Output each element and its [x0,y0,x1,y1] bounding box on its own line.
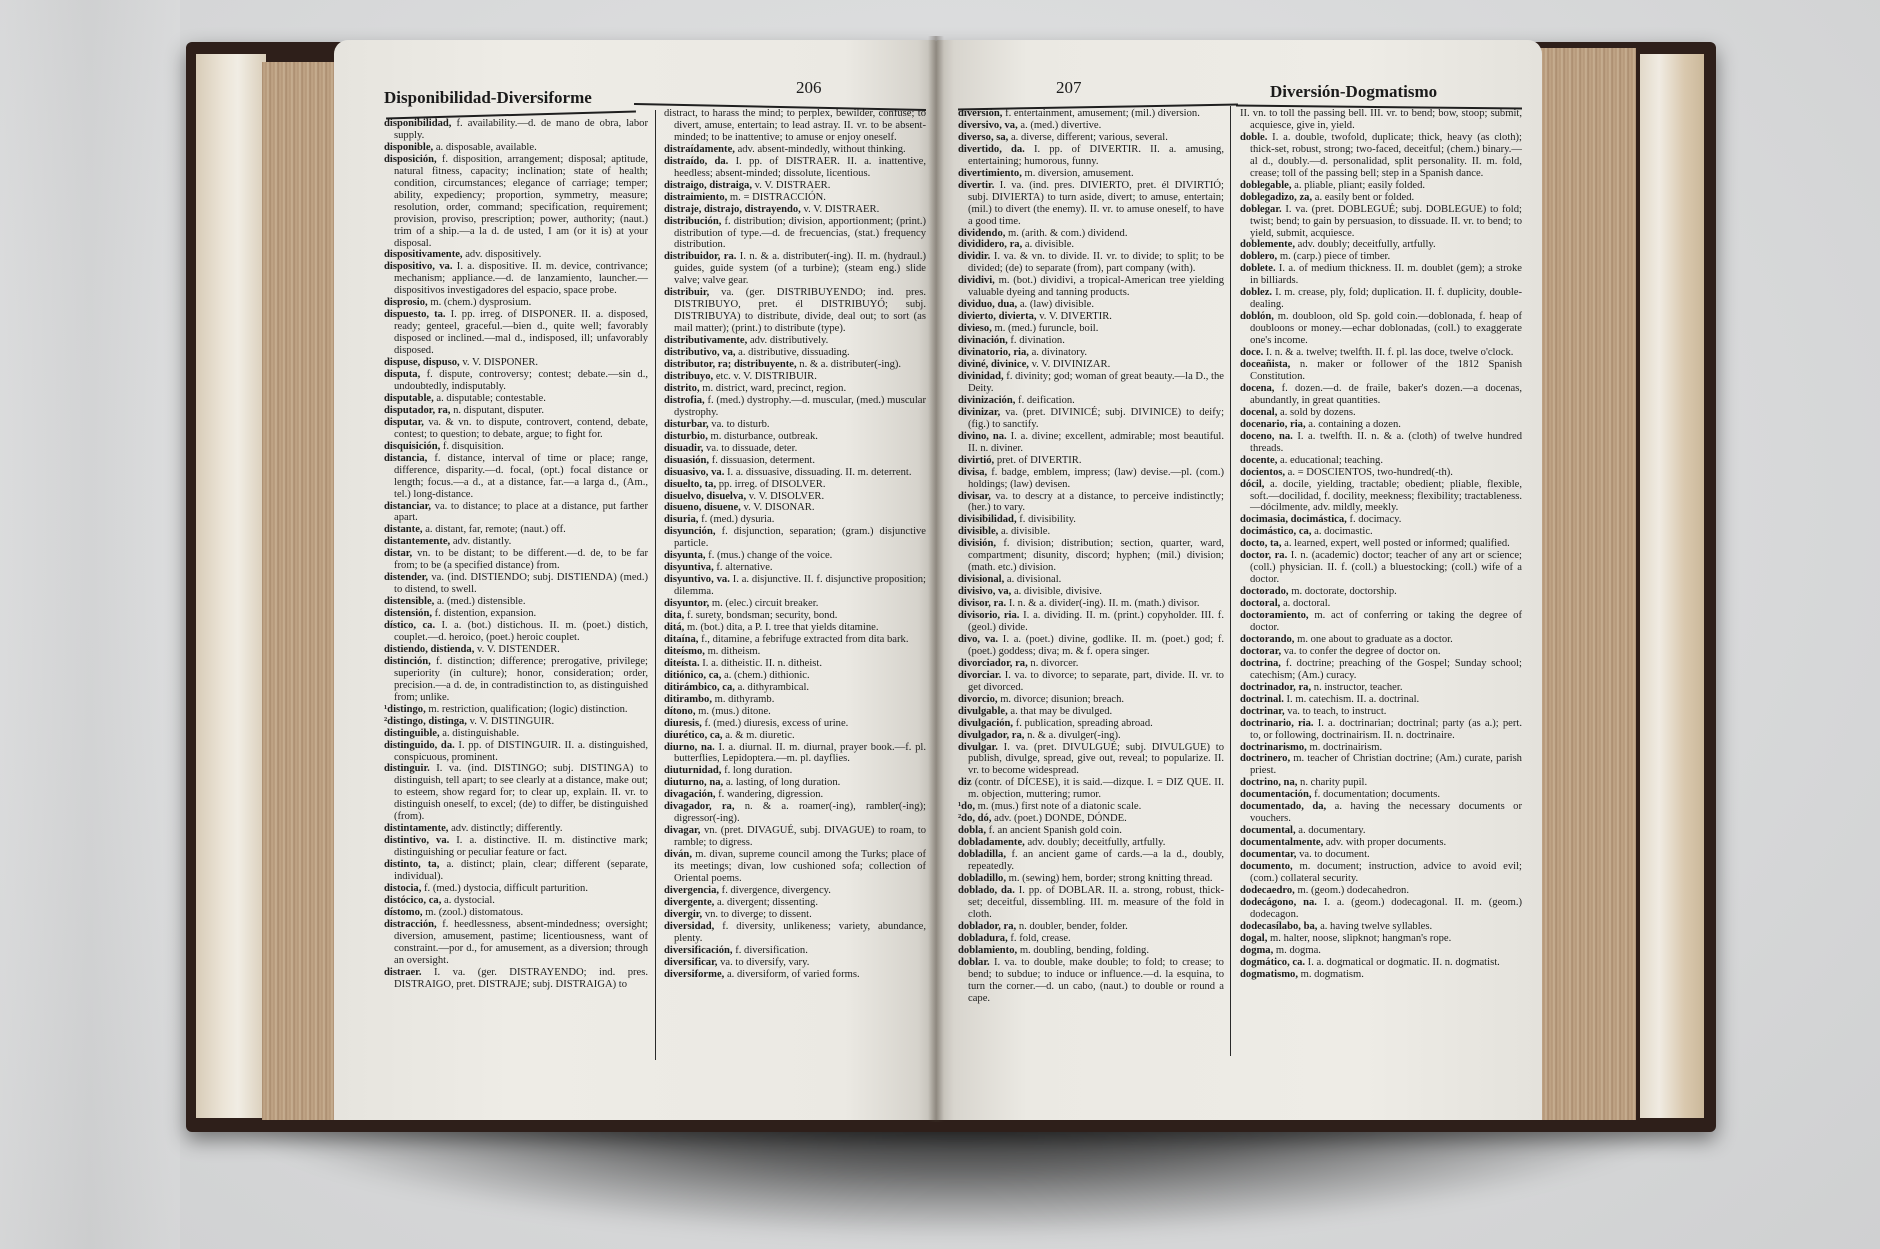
headword: documentado, da, [1240,801,1335,812]
definition: m. (elec.) circuit breaker. [712,598,818,609]
headword: divinatorio, ria, [958,347,1032,358]
definition: a. documentary. [1298,825,1365,836]
headword: docenario, ria, [1240,419,1308,430]
dictionary-entry: divulgable, a. that may be divulged. [958,706,1224,718]
dictionary-entry: distinguido, da. I. pp. of DISTINGUIR. I… [384,740,648,764]
headword: divorciar. [958,670,1005,681]
dictionary-entry: distintamente, adv. distinctly; differen… [384,823,648,835]
definition: I. a. double, twofold, duplicate; thick,… [1250,132,1522,179]
dictionary-entry: diván, m. divan, supreme council among t… [664,849,926,885]
definition: f. docimacy. [1349,514,1401,525]
dictionary-entry: dodecaedro, m. (geom.) dodecahedron. [1240,885,1522,897]
definition: a. sold by dozens. [1280,407,1356,418]
headword: diuturnidad, [664,765,724,776]
definition: I. n. & a. twelve; twelfth. II. f. pl. l… [1266,347,1514,358]
headword: diurético, ca, [664,730,725,741]
definition: adv. (poet.) DONDE, DÓNDE. [994,813,1127,824]
dictionary-entry: dítono, m. (mus.) ditone. [664,706,926,718]
dictionary-entry: divulgador, ra, n. & a. divulger(-ing). [958,730,1224,742]
headword: distensible, [384,596,437,607]
headword: disyuntivo, va. [664,574,733,585]
dictionary-entry: doctrinario, ria. I. a. doctrinarian; do… [1240,718,1522,742]
headword: distócico, ca, [384,895,444,906]
dictionary-entry: distract, to harass the mind; to perplex… [664,108,926,144]
dictionary-entry: diurético, ca, a. & m. diuretic. [664,730,926,742]
definition: m. restriction, qualification; (logic) d… [428,704,627,715]
dictionary-entry: doctrinar, va. to teach, to instruct. [1240,706,1522,718]
headword: divino, na. [958,431,1011,442]
definition: a. distant, far, remote; (naut.) off. [425,524,566,535]
headword: distributivo, va, [664,347,738,358]
definition: I. va. (pret. DIVULGUÉ; subj. DIVULGUE) … [968,742,1224,777]
definition: m. (mus.) first note of a diatonic scale… [978,801,1142,812]
dictionary-entry: disyunta, f. (mus.) change of the voice. [664,550,926,562]
right-endpaper [1640,54,1704,1118]
headword: ¹distingo, [384,704,428,715]
headword: ²do, dó, [958,813,994,824]
dictionary-entry: documentalmente, adv. with proper docume… [1240,837,1522,849]
definition: adv. doubly; deceitfully, artfully. [1027,837,1165,848]
dictionary-entry: disturbar, va. to disturb. [664,419,926,431]
headword: distribuidor, ra. [664,251,740,262]
headword: docena, [1240,383,1282,394]
headword: documentación, [1240,789,1314,800]
dictionary-entry: docto, ta, a. learned, expert, well post… [1240,538,1522,550]
headword: divisor, ra. [958,598,1009,609]
headword: doblegable, [1240,180,1294,191]
dictionary-entry: doblez. I. m. crease, ply, fold; duplica… [1240,287,1522,311]
headword: doblero, [1240,251,1280,262]
definition: va. (ind. DISTIENDO; subj. DISTIENDA) (m… [394,572,648,595]
definition: f. (med.) dystrophy.—d. muscular, (med.)… [674,395,926,418]
dictionary-entry: distocia, f. (med.) dystocia, difficult … [384,883,648,895]
headword: dístomo, [384,907,425,918]
headword: diversificación, [664,945,735,956]
definition: vn. to diverge; to dissent. [705,909,812,920]
definition: vn. to be distant; to be different.—d. d… [394,548,648,571]
definition: a. dithyrambical. [738,682,809,693]
dictionary-entry: doceañista, n. maker or follower of the … [1240,359,1522,383]
headword: dócil, [1240,479,1270,490]
headword: doce. [1240,347,1266,358]
dictionary-entry: divierto, divierta, v. V. DIVERTIR. [958,311,1224,323]
headword: divergir, [664,909,705,920]
dictionary-entry: diteísta. I. a. ditheistic. II. n. dithe… [664,658,926,670]
dictionary-entry: docente, a. educational; teaching. [1240,455,1522,467]
headword: ¹do, [958,801,978,812]
headword: distinguido, da. [384,740,458,751]
dictionary-entry: ditirámbico, ca, a. dithyrambical. [664,682,926,694]
dictionary-entry: distrito, m. district, ward, precinct, r… [664,383,926,395]
headword: doctorado, [1240,586,1291,597]
definition: m. dogmatism. [1301,969,1364,980]
definition: (contr. of DÍCESE), it is said.—dizque. … [968,777,1224,800]
headword: dogmatismo, [1240,969,1301,980]
definition: m. (zool.) distomatous. [425,907,523,918]
left-running-head: Disponibilidad-Diversiforme [384,88,592,108]
dictionary-entry: divisible, a. divisible. [958,526,1224,538]
column-divider [1230,106,1231,1056]
dictionary-entry: dogal, m. halter, noose, slipknot; hangm… [1240,933,1522,945]
headword: divulgador, ra, [958,730,1027,741]
definition: a. (chem.) dithionic. [724,670,810,681]
dictionary-entry: doblegable, a. pliable, pliant; easily f… [1240,180,1522,192]
dictionary-entry: ¹do, m. (mus.) first note of a diatonic … [958,801,1224,813]
definition: a. (med.) divertive. [1020,120,1101,131]
dictionary-entry: disuadir, va. to dissuade, deter. [664,443,926,455]
dictionary-entry: diverso, sa, a. diverse, different; vari… [958,132,1224,144]
headword: doctor, ra. [1240,550,1291,561]
dictionary-entry: diz (contr. of DÍCESE), it is said.—dizq… [958,777,1224,801]
dictionary-entry: disuasión, f. dissuasion, determent. [664,455,926,467]
dictionary-entry: divididero, ra, a. divisible. [958,239,1224,251]
headword: distender, [384,572,431,583]
dictionary-entry: distócico, ca, a. dystocial. [384,895,648,907]
headword: ditirámbico, ca, [664,682,738,693]
headword: distraimiento, [664,192,730,203]
headword: distraigo, distraiga, [664,180,755,191]
headword: divorciador, ra, [958,658,1030,669]
headword: dogal, [1240,933,1270,944]
headword: distrofia, [664,395,707,406]
dictionary-entry: diversión, f. entertainment, amusement; … [958,108,1224,120]
definition: v. V. DISOLVER. [749,491,824,502]
definition: n. & a. distributer(-ing). [799,359,901,370]
headword: distribución, [664,216,724,227]
headword: diurno, na. [664,742,718,753]
dictionary-entry: divagación, f. wandering, digression. [664,789,926,801]
headword: doctoral, [1240,598,1283,609]
headword: documento, [1240,861,1299,872]
dictionary-entry: dividendo, m. (arith. & com.) dividend. [958,228,1224,240]
dictionary-entry: doctoramiento, m. act of conferring or t… [1240,610,1522,634]
dictionary-entry: distintivo, va. I. a. distinctive. II. m… [384,835,648,859]
dictionary-entry: ²do, dó, adv. (poet.) DONDE, DÓNDE. [958,813,1224,825]
headword: dodecasílabo, ba, [1240,921,1320,932]
headword: doctrinar, [1240,706,1287,717]
headword: divierto, divierta, [958,311,1039,322]
dictionary-entry: docenario, ria, a. containing a dozen. [1240,419,1522,431]
definition: f. (mus.) change of the voice. [708,550,832,561]
dictionary-entry: distar, vn. to be distant; to be differe… [384,548,648,572]
dictionary-entry: doctorado, m. doctorate, doctorship. [1240,586,1522,598]
headword: divo, va. [958,634,1003,645]
dictionary-entry: disponible, a. disposable, available. [384,142,648,154]
dictionary-entry: divisa, f. badge, emblem, impress; (law)… [958,467,1224,491]
definition: I. va. (ind. pres. DIVIERTO, pret. él DI… [968,180,1224,227]
dictionary-entry: doctrina, f. doctrine; preaching of the … [1240,658,1522,682]
headword: dividivi, [958,275,999,286]
headword: ditaína, [664,634,701,645]
headword: distracción, [384,919,442,930]
dictionary-entry: dispuse, dispuso, v. V. DISPONER. [384,357,648,369]
definition: va. to disturb. [711,419,769,430]
definition: f. doctrine; preaching of the Gospel; Su… [1250,658,1522,681]
headword: doblegar. [1240,204,1285,215]
dictionary-entry: II. vn. to toll the passing bell. III. v… [1240,108,1522,132]
dictionary-entry: doctorar, va. to confer the degree of do… [1240,646,1522,658]
dictionary-entry: distinto, ta, a. distinct; plain, clear;… [384,859,648,883]
dictionary-entry: distraído, da. I. pp. of DISTRAER. II. a… [664,156,926,180]
headword: disueno, disuene, [664,502,743,513]
definition: va. & vn. to dispute, controvert, conten… [394,417,648,440]
headword: dítono, [664,706,698,717]
definition: etc. v. V. DISTRIBUIR. [716,371,817,382]
dictionary-entry: disyuntivo, va. I. a. disjunctive. II. f… [664,574,926,598]
headword: distraer. [384,967,434,978]
definition: m. (bot.) dita, a P. I. tree that yields… [687,622,879,633]
dictionary-entry: distinguible, a. distinguishable. [384,728,648,740]
definition: m. divorce; disunion; breach. [1000,694,1124,705]
headword: disyuntiva, [664,562,716,573]
headword: disprosio, [384,297,430,308]
dictionary-entry: dócil, a. docile, yielding, tractable; o… [1240,479,1522,515]
dictionary-entry: dobladura, f. fold, crease. [958,933,1224,945]
definition: I. m. catechism. II. a. doctrinal. [1287,694,1420,705]
dictionary-entry: diviné, divinice, v. V. DIVINIZAR. [958,359,1224,371]
definition: a. docile, yielding, tractable; obedient… [1250,479,1522,514]
dictionary-entry: distribuidor, ra. I. n. & a. distributer… [664,251,926,287]
headword: doctrinador, ra, [1240,682,1314,693]
dictionary-entry: distributor, ra; distribuyente, n. & a. … [664,359,926,371]
dictionary-entry: doblamiento, m. doubling, bending, foldi… [958,945,1224,957]
definition: I. va. to double, make double; to fold; … [968,957,1224,1004]
dictionary-entry: disuelto, ta, pp. irreg. of DISOLVER. [664,479,926,491]
headword: documentar, [1240,849,1299,860]
dictionary-entry: disponibilidad, f. availability.—d. de m… [384,118,648,142]
headword: distiendo, distienda, [384,644,477,655]
dictionary-entry: divieso, m. (med.) furuncle, boil. [958,323,1224,335]
dictionary-entry: diurno, na. I. a. diurnal. II. m. diurna… [664,742,926,766]
headword: disuelvo, disuelva, [664,491,749,502]
headword: doblado, da. [958,885,1019,896]
headword: diversidad, [664,921,722,932]
headword: diviné, divinice, [958,359,1032,370]
headword: disyuntor, [664,598,712,609]
definition: f. (med.) dysuria. [701,514,774,525]
left-page: Disponibilidad-Diversiforme 206 disponib… [334,40,936,1120]
definition: v. V. DIVERTIR. [1039,311,1112,322]
definition: a. divisible, divisive. [1014,586,1102,597]
dictionary-entry: docimástico, ca, a. docimastic. [1240,526,1522,538]
dictionary-entry: divorciar. I. va. to divorce; to separat… [958,670,1224,694]
headword: distraído, da. [664,156,736,167]
headword: doctoramiento, [1240,610,1314,621]
dictionary-entry: diversidad, f. diversity, unlikeness; va… [664,921,926,945]
headword: doblar. [958,957,994,968]
headword: doblemente, [1240,239,1298,250]
left-endpaper [196,54,266,1118]
dictionary-entry: diuresis, f. (med.) diuresis, excess of … [664,718,926,730]
definition: m. (mus.) ditone. [698,706,771,717]
definition: n. instructor, teacher. [1314,682,1403,693]
dictionary-entry: documentado, da, a. having the necessary… [1240,801,1522,825]
definition: a. divisional. [1007,574,1061,585]
dictionary-entry: diversificar, va. to diversify, vary. [664,957,926,969]
dictionary-entry: distinción, f. distinction; difference; … [384,656,648,704]
dictionary-entry: distrofia, f. (med.) dystrophy.—d. muscu… [664,395,926,419]
dictionary-entry: distribuyo, etc. v. V. DISTRIBUIR. [664,371,926,383]
definition: a. containing a dozen. [1308,419,1401,430]
dictionary-entry: divulgación, f. publication, spreading a… [958,718,1224,730]
dictionary-entry: diuturnidad, f. long duration. [664,765,926,777]
definition: va. to teach, to instruct. [1287,706,1386,717]
definition: pret. of DIVERTIR. [997,455,1082,466]
dictionary-entry: ditirambo, m. dithyramb. [664,694,926,706]
headword: divididero, ra, [958,239,1025,250]
headword: diteísmo, [664,646,708,657]
definition: adv. distributively. [750,335,828,346]
definition: v. V. DISTRAER. [755,180,831,191]
dictionary-entry: dita, f. surety, bondsman; security, bon… [664,610,926,622]
headword: dispuse, dispuso, [384,357,462,368]
headword: dispuesto, ta. [384,309,451,320]
definition: f. (med.) diuresis, excess of urine. [704,718,848,729]
headword: doceno, na. [1240,431,1297,442]
definition: a. diversiform, of varied forms. [727,969,860,980]
definition: v. V. DISPONER. [462,357,538,368]
dictionary-entry: doctrino, na, n. charity pupil. [1240,777,1522,789]
dictionary-entry: divisional, a. divisional. [958,574,1224,586]
dictionary-entry: distraigo, distraiga, v. V. DISTRAER. [664,180,926,192]
headword: divulgar. [958,742,1004,753]
headword: dividir. [958,251,994,262]
definition: f. (med.) dystocia, difficult parturitio… [424,883,588,894]
dictionary-entry: distraídamente, adv. absent-mindedly, wi… [664,144,926,156]
dictionary-entry: divertir. I. va. (ind. pres. DIVIERTO, p… [958,180,1224,228]
definition: adv. dispositively. [465,249,541,260]
dictionary-entry: dispuesto, ta. I. pp. irreg. of DISPONER… [384,309,648,357]
headword: diversiforme, [664,969,727,980]
definition: f. dispute, controversy; contest; debate… [394,369,648,392]
headword: dístico, ca. [384,620,442,631]
dictionary-entry: divinación, f. divination. [958,335,1224,347]
headword: distinto, ta, [384,859,446,870]
definition: I. a. (poet.) divine, godlike. II. m. (p… [968,634,1224,657]
definition: f. entertainment, amusement; (mil.) dive… [1005,108,1200,119]
definition: m. divan, supreme council among the Turk… [674,849,926,884]
headword: ²distingo, distinga, [384,716,470,727]
dictionary-entry: disprosio, m. (chem.) dysprosium. [384,297,648,309]
definition: f. fold, crease. [1010,933,1070,944]
dictionary-column: distract, to harass the mind; to perplex… [664,108,926,981]
headword: distinguible, [384,728,442,739]
headword: dobladura, [958,933,1010,944]
definition: a. = DOSCIENTOS, two-hundred(-th). [1288,467,1453,478]
dictionary-entry: distraer. I. va. (ger. DISTRAYENDO; ind.… [384,967,648,991]
definition: a. pliable, pliant; easily folded. [1294,180,1425,191]
headword: doctorar, [1240,646,1284,657]
headword: disyunta, [664,550,708,561]
dictionary-entry: divinización, f. deification. [958,395,1224,407]
dictionary-entry: divergencia, f. divergence, divergency. [664,885,926,897]
headword: distributor, ra; distribuyente, [664,359,799,370]
definition: I. a. dissuasive, dissuading. II. m. det… [727,467,911,478]
dictionary-entry: divisar, va. to descry at a distance, to… [958,491,1224,515]
headword: disputa, [384,369,427,380]
definition: a. educational; teaching. [1280,455,1383,466]
dictionary-entry: divisivo, va, a. divisible, divisive. [958,586,1224,598]
headword: docimástico, ca, [1240,526,1314,537]
definition: f. long duration. [724,765,792,776]
headword: distancia, [384,453,434,464]
definition: a. that may be divulged. [1010,706,1112,717]
definition: n. disputant, disputer. [453,405,544,416]
definition: a. learned, expert, well posted or infor… [1284,538,1510,549]
definition: a. divergent; dissenting. [717,897,818,908]
dictionary-entry: doctrinarismo, m. doctrinairism. [1240,742,1522,754]
definition: a. dystocial. [444,895,495,906]
dictionary-entry: divo, va. I. a. (poet.) divine, godlike.… [958,634,1224,658]
dictionary-entry: doblar. I. va. to double, make double; t… [958,957,1224,1005]
headword: divulgable, [958,706,1010,717]
dictionary-entry: divisor, ra. I. n. & a. divider(-ing). I… [958,598,1224,610]
definition: adv. distinctly; differently. [451,823,562,834]
headword: divagación, [664,789,718,800]
definition: f. divergence, divergency. [722,885,831,896]
definition: n. divorcer. [1030,658,1078,669]
headword: divisibilidad, [958,514,1019,525]
definition: f. badge, emblem, impress; (law) devise.… [968,467,1224,490]
definition: f. distention, expansion. [435,608,537,619]
dictionary-entry: divinidad, f. divinity; god; woman of gr… [958,371,1224,395]
dictionary-entry: distantemente, adv. distantly. [384,536,648,548]
dictionary-entry: divorcio, m. divorce; disunion; breach. [958,694,1224,706]
headword: distinción, [384,656,436,667]
dictionary-entry: disputar, va. & vn. to dispute, controve… [384,417,648,441]
definition: distract, to harass the mind; to perplex… [664,108,926,143]
headword: disposición, [384,154,442,165]
headword: disyunción, [664,526,722,537]
headword: doblete. [1240,263,1279,274]
headword: divisivo, va, [958,586,1014,597]
headword: divertido, da. [958,144,1034,155]
definition: m. (arith. & com.) dividend. [1008,228,1127,239]
definition: v. V. DISONAR. [743,502,814,513]
dictionary-entry: diuturno, na, a. lasting, of long durati… [664,777,926,789]
dictionary-entry: distiendo, distienda, v. V. DISTENDER. [384,644,648,656]
dictionary-entry: divulgar. I. va. (pret. DIVULGUÉ; subj. … [958,742,1224,778]
dictionary-entry: dístomo, m. (zool.) distomatous. [384,907,648,919]
definition: m. (med.) furuncle, boil. [995,323,1099,334]
headword: documentalmente, [1240,837,1326,848]
dictionary-entry: doblemente, adv. doubly; deceitfully, ar… [1240,239,1522,251]
definition: m. (carp.) piece of timber. [1280,251,1390,262]
definition: adv. doubly; deceitfully, artfully. [1298,239,1436,250]
dictionary-entry: doctor, ra. I. n. (academic) doctor; tea… [1240,550,1522,586]
headword: docenal, [1240,407,1280,418]
headword: dispositivamente, [384,249,465,260]
definition: f. dissuasion, determent. [712,455,815,466]
dictionary-entry: disyuntor, m. (elec.) circuit breaker. [664,598,926,610]
headword: diván, [664,849,695,860]
headword: doctorando, [1240,634,1297,645]
dictionary-entry: doce. I. n. & a. twelve; twelfth. II. f.… [1240,347,1522,359]
headword: división, [958,538,1003,549]
definition: f. dozen.—d. de fraile, baker's dozen.—a… [1250,383,1522,406]
headword: divirtió, [958,455,997,466]
definition: adv. absent-mindedly, without thinking. [738,144,906,155]
dictionary-entry: dispositivamente, adv. dispositively. [384,249,648,261]
dictionary-entry: disyunción, f. disjunction, separation; … [664,526,926,550]
definition: a. diverse, different; various, several. [1011,132,1168,143]
dictionary-entry: dispositivo, va. I. a. dispositive. II. … [384,261,648,297]
headword: divorcio, [958,694,1000,705]
headword: divisar, [958,491,995,502]
right-page-number: 207 [1056,78,1082,98]
dictionary-column: diversión, f. entertainment, amusement; … [958,108,1224,1004]
definition: a. disposable, available. [436,142,537,153]
